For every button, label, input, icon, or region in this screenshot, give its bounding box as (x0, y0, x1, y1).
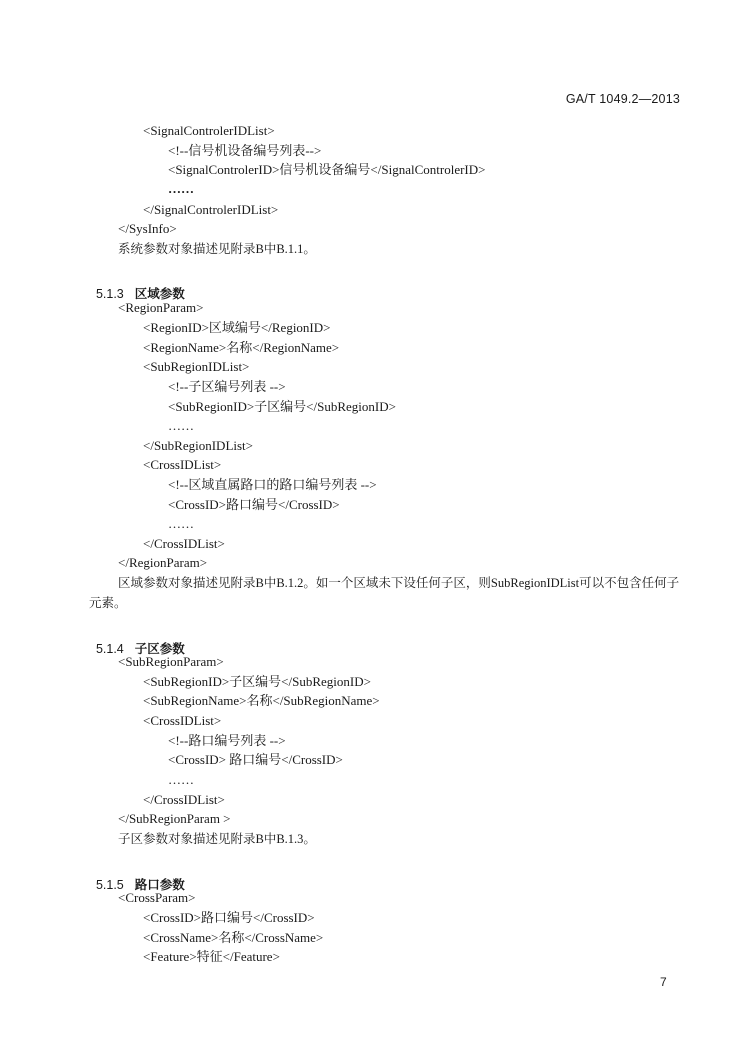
xml-line: <SubRegionID>子区编号</SubRegionID> (168, 399, 396, 415)
xml-line: <CrossID>路口编号</CrossID> (143, 910, 315, 926)
xml-line: </SysInfo> (118, 221, 177, 237)
section-title: 区域参数 (135, 287, 185, 301)
xml-ellipsis: …… (168, 772, 194, 788)
section-heading-5-1-4: 5.1.4子区参数 (89, 625, 185, 657)
xml-line: <RegionName>名称</RegionName> (143, 340, 339, 356)
xml-line: </CrossIDList> (143, 536, 225, 552)
xml-comment: <!--信号机设备编号列表--> (168, 143, 321, 159)
section-number: 5.1.3 (96, 287, 124, 301)
xml-line: <RegionParam> (118, 300, 203, 316)
xml-line: </RegionParam> (118, 555, 207, 571)
section-heading-5-1-5: 5.1.5路口参数 (89, 861, 185, 893)
xml-comment: <!--子区编号列表 --> (168, 379, 286, 395)
xml-line: <CrossID>路口编号</CrossID> (168, 497, 340, 513)
xml-comment: <!--路口编号列表 --> (168, 733, 286, 749)
xml-line: </SubRegionParam > (118, 811, 231, 827)
xml-line: <RegionID>区域编号</RegionID> (143, 320, 330, 336)
xml-line: <CrossIDList> (143, 713, 221, 729)
xml-comment: <!--区域直属路口的路口编号列表 --> (168, 477, 377, 493)
xml-line: <CrossIDList> (143, 457, 221, 473)
description-note: 子区参数对象描述见附录B中B.1.3。 (118, 831, 316, 847)
document-header-standard-id: GA/T 1049.2—2013 (566, 92, 680, 106)
xml-line: <SubRegionName>名称</SubRegionName> (143, 693, 380, 709)
xml-line: <SignalControlerID>信号机设备编号</SignalContro… (168, 162, 485, 178)
xml-line: <SubRegionParam> (118, 654, 224, 670)
xml-line: </SubRegionIDList> (143, 438, 253, 454)
page-number: 7 (660, 975, 667, 989)
xml-line: </CrossIDList> (143, 792, 225, 808)
xml-line: <CrossID> 路口编号</CrossID> (168, 752, 343, 768)
xml-ellipsis: …… (168, 516, 194, 532)
xml-line: <SubRegionIDList> (143, 359, 249, 375)
description-note: 区域参数对象描述见附录B中B.1.2。如一个区域未下设任何子区，则SubRegi… (89, 573, 685, 613)
xml-ellipsis: …… (168, 181, 194, 197)
xml-line: <CrossParam> (118, 890, 196, 906)
description-note: 系统参数对象描述见附录B中B.1.1。 (118, 241, 316, 257)
xml-line: <Feature>特征</Feature> (143, 949, 280, 965)
section-heading-5-1-3: 5.1.3区域参数 (89, 270, 185, 302)
xml-line: <CrossName>名称</CrossName> (143, 930, 323, 946)
xml-line: <SignalControlerIDList> (143, 123, 275, 139)
xml-ellipsis: …… (168, 418, 194, 434)
xml-line: <SubRegionID>子区编号</SubRegionID> (143, 674, 371, 690)
xml-line: </SignalControlerIDList> (143, 202, 278, 218)
